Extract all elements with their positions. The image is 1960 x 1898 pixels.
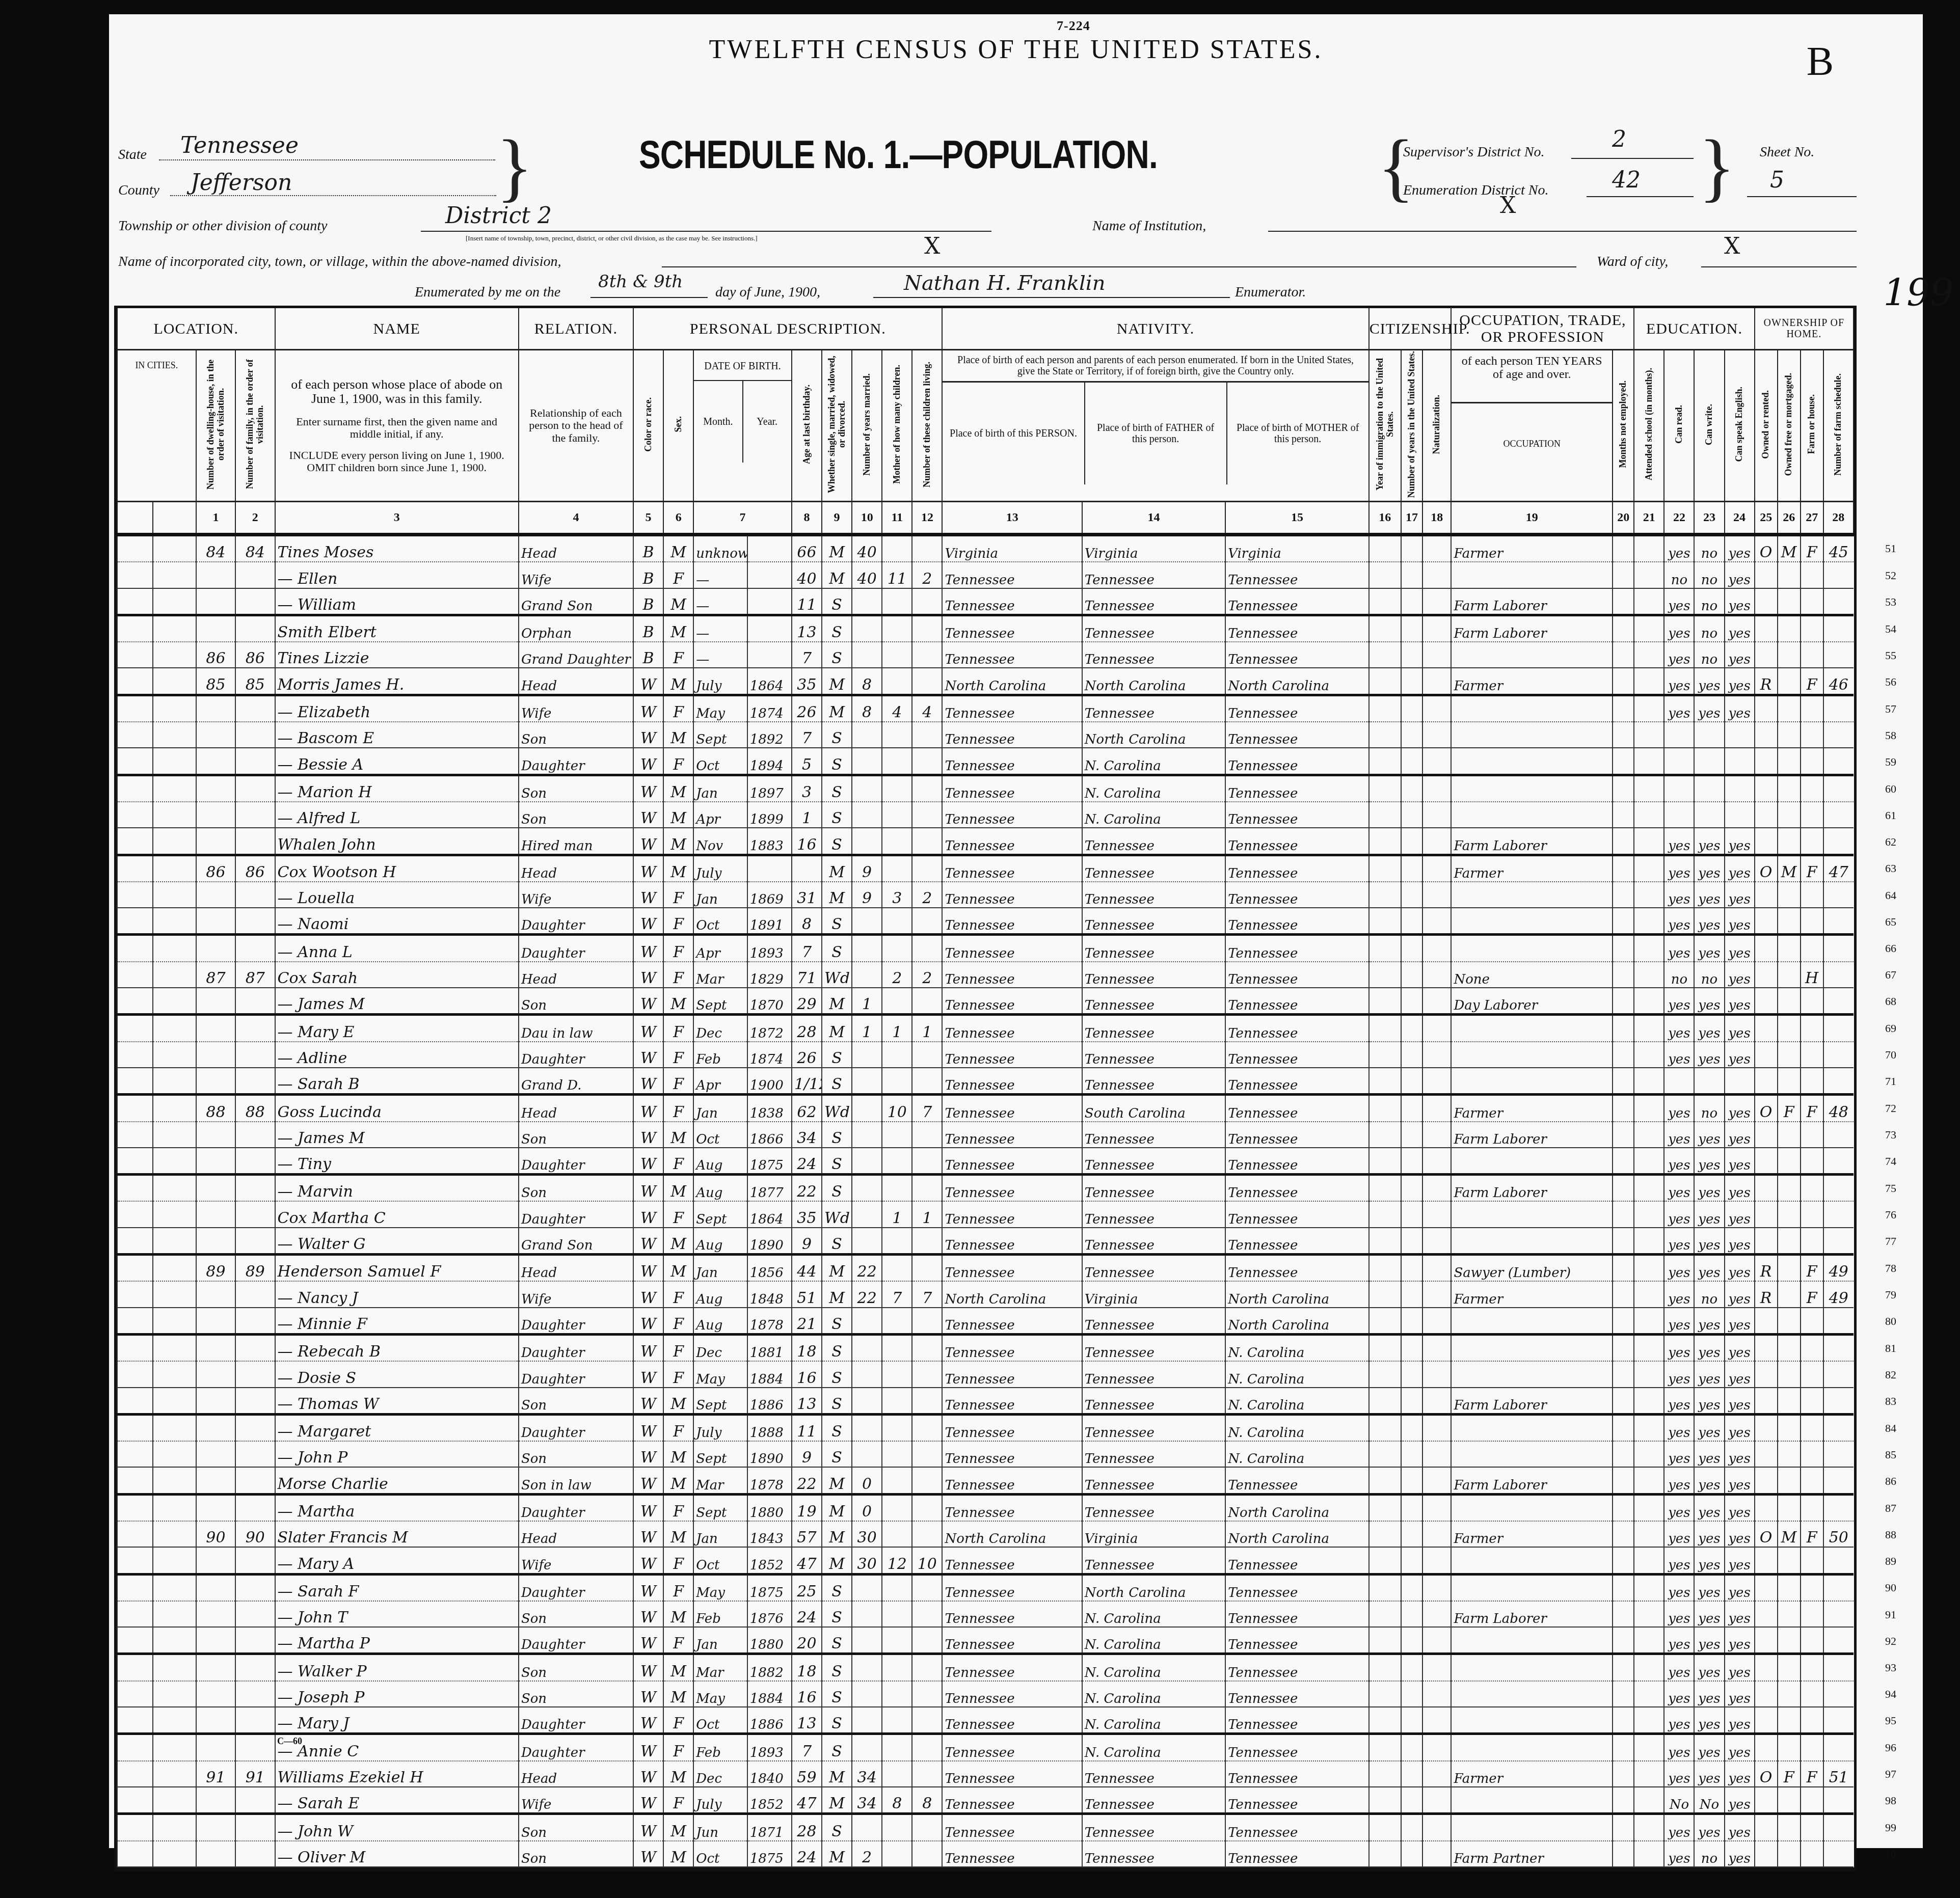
- cell-unemp: [1613, 1361, 1634, 1387]
- cell-street: [117, 1547, 153, 1574]
- cell-living: [912, 1601, 942, 1627]
- cell-yrs-us: [1401, 1148, 1422, 1175]
- cell-mortgage: [1778, 1681, 1801, 1707]
- cell-bp-person: Tennessee: [942, 1681, 1082, 1707]
- cell-english: yes: [1725, 1787, 1755, 1814]
- cell-mortgage: M: [1778, 855, 1801, 882]
- line-number: 75: [1885, 1182, 1896, 1195]
- cell-english: yes: [1725, 1334, 1755, 1361]
- cell-write: yes: [1694, 1467, 1724, 1494]
- cell-relation: Daughter: [519, 935, 633, 962]
- cell-write: yes: [1694, 1122, 1724, 1148]
- cell-color: W: [633, 988, 663, 1015]
- cell-relation: Son: [519, 775, 633, 802]
- cell-farm: [1801, 1414, 1823, 1441]
- ward-value: X: [1724, 233, 1740, 259]
- cell-name: Slater Francis M: [275, 1521, 519, 1547]
- cell-living: [912, 1521, 942, 1547]
- cell-english: yes: [1725, 1494, 1755, 1521]
- cell-occupation: [1451, 1414, 1613, 1441]
- owned-rented-label: Owned or rented.: [1761, 390, 1771, 459]
- cell-bp-person: Tennessee: [942, 562, 1082, 588]
- cell-mother-of: 8: [882, 1787, 912, 1814]
- cell-bp-mother: Tennessee: [1225, 1654, 1368, 1681]
- cell-yrs-us: [1401, 588, 1422, 615]
- cell-write: yes: [1694, 1521, 1724, 1547]
- cell-age: 59: [792, 1761, 822, 1787]
- cell-bp-father: Tennessee: [1082, 1414, 1225, 1441]
- cell-color: W: [633, 1148, 663, 1175]
- cell-name: Williams Ezekiel H: [275, 1761, 519, 1787]
- farm-house-label: Farm or house.: [1807, 394, 1817, 454]
- census-row: Morse CharlieSon in lawWMMar187822M0Tenn…: [117, 1467, 1854, 1494]
- cell-bp-father: Tennessee: [1082, 988, 1225, 1015]
- cell-color: W: [633, 855, 663, 882]
- cell-read: yes: [1664, 535, 1694, 562]
- cell-year: 1886: [747, 1707, 792, 1734]
- cell-house: [153, 882, 196, 908]
- cell-yrs-us: [1401, 1042, 1422, 1068]
- cell-farm: [1801, 1441, 1823, 1467]
- cell-mother-of: [882, 1521, 912, 1547]
- cell-owned: [1755, 695, 1778, 722]
- cell-occupation: Day Laborer: [1451, 988, 1613, 1015]
- cell-age: 7: [792, 1734, 822, 1761]
- family-no-label: Number of family, in the order of visita…: [245, 350, 265, 498]
- cell-sex: M: [663, 1441, 693, 1467]
- cell-mother-of: [882, 1601, 912, 1627]
- cell-family: [235, 1414, 275, 1441]
- cell-immig: [1369, 1441, 1401, 1467]
- cell-farm-no: [1823, 615, 1854, 642]
- attended-school-label: Attended school (in months).: [1644, 368, 1654, 480]
- cell-farm-no: [1823, 1494, 1854, 1521]
- cell-family: [235, 1361, 275, 1387]
- cell-natur: [1422, 1467, 1451, 1494]
- cell-read: yes: [1664, 1361, 1694, 1387]
- attended-school-header: Attended school (in months).: [1634, 350, 1664, 502]
- cell-age: 26: [792, 695, 822, 722]
- cell-sex: F: [663, 1148, 693, 1175]
- cell-read: No: [1664, 1787, 1694, 1814]
- color-label: Color or race.: [643, 397, 654, 452]
- cell-farm: [1801, 1681, 1823, 1707]
- cell-yrs-married: [852, 1601, 882, 1627]
- cell-age: 71: [792, 962, 822, 988]
- cell-bp-person: Tennessee: [942, 1841, 1082, 1867]
- cell-name: — Mary A: [275, 1547, 519, 1574]
- cell-bp-mother: N. Carolina: [1225, 1361, 1368, 1387]
- cell-farm-no: [1823, 1547, 1854, 1574]
- cell-name: — Marion H: [275, 775, 519, 802]
- cell-age: 44: [792, 1255, 822, 1282]
- cell-school: [1634, 695, 1664, 722]
- day-line: [590, 297, 708, 298]
- cell-family: 86: [235, 642, 275, 668]
- cell-street: [117, 908, 153, 935]
- can-read-header: Can read.: [1664, 350, 1694, 502]
- census-row: — John PSonWMSept18909STennesseeTennesse…: [117, 1441, 1854, 1467]
- cell-mortgage: [1778, 1228, 1801, 1255]
- cell-farm: [1801, 1494, 1823, 1521]
- cell-month: May: [693, 1361, 747, 1387]
- cell-age: 13: [792, 1707, 822, 1734]
- cell-color: W: [633, 1521, 663, 1547]
- cell-occupation: [1451, 695, 1613, 722]
- cell-family: 84: [235, 535, 275, 562]
- cell-dwelling: 91: [196, 1761, 235, 1787]
- cell-english: yes: [1725, 1201, 1755, 1227]
- cell-read: yes: [1664, 1467, 1694, 1494]
- cell-english: [1725, 1068, 1755, 1095]
- cell-english: yes: [1725, 908, 1755, 935]
- cell-owned: [1755, 1122, 1778, 1148]
- census-row: — Sarah FDaughterWFMay187525STennesseeNo…: [117, 1574, 1854, 1601]
- cell-mortgage: M: [1778, 535, 1801, 562]
- cell-family: [235, 1148, 275, 1175]
- cell-mother-of: [882, 1627, 912, 1654]
- cell-school: [1634, 1281, 1664, 1307]
- cell-bp-mother: Tennessee: [1225, 588, 1368, 615]
- census-row: — Dosie SDaughterWFMay188416STennesseeTe…: [117, 1361, 1854, 1387]
- cell-unemp: [1613, 1681, 1634, 1707]
- cell-living: [912, 615, 942, 642]
- cell-immig: [1369, 828, 1401, 855]
- cell-month: Sept: [693, 722, 747, 748]
- cell-sex: M: [663, 535, 693, 562]
- cell-yrs-us: [1401, 828, 1422, 855]
- cell-yrs-married: 40: [852, 535, 882, 562]
- cell-age: 26: [792, 1042, 822, 1068]
- cell-unemp: [1613, 1521, 1634, 1547]
- cell-relation: Son in law: [519, 1467, 633, 1494]
- cell-year: 1870: [747, 988, 792, 1015]
- cell-month: May: [693, 1574, 747, 1601]
- cell-age: 35: [792, 1201, 822, 1227]
- cell-color: W: [633, 908, 663, 935]
- line-number: 95: [1885, 1714, 1896, 1727]
- cell-farm: [1801, 1734, 1823, 1761]
- line-number: 83: [1885, 1395, 1896, 1408]
- cell-natur: [1422, 1841, 1451, 1867]
- cell-yrs-married: [852, 1042, 882, 1068]
- cell-unemp: [1613, 748, 1634, 775]
- cell-yrs-married: 8: [852, 695, 882, 722]
- group-nativity: NATIVITY.: [942, 308, 1368, 350]
- cell-age: 19: [792, 1494, 822, 1521]
- cell-unemp: [1613, 1654, 1634, 1681]
- cell-relation: Wife: [519, 1281, 633, 1307]
- cell-owned: [1755, 1308, 1778, 1335]
- cell-immig: [1369, 1574, 1401, 1601]
- cell-bp-mother: North Carolina: [1225, 1494, 1368, 1521]
- cell-unemp: [1613, 1148, 1634, 1175]
- months-unemployed-label: Months not employed.: [1618, 381, 1628, 468]
- cell-bp-mother: Tennessee: [1225, 1547, 1368, 1574]
- cell-marital: M: [822, 1015, 852, 1042]
- cell-name: Goss Lucinda: [275, 1095, 519, 1122]
- cell-school: [1634, 588, 1664, 615]
- cell-occupation: [1451, 1547, 1613, 1574]
- cell-owned: [1755, 615, 1778, 642]
- cell-mother-of: 7: [882, 1281, 912, 1307]
- cell-school: [1634, 775, 1664, 802]
- cell-bp-person: Tennessee: [942, 1228, 1082, 1255]
- cell-house: [153, 1281, 196, 1307]
- line-number: 98: [1885, 1794, 1896, 1807]
- year-label: Year.: [743, 416, 791, 427]
- cell-year: 1899: [747, 802, 792, 828]
- line-number: 65: [1885, 915, 1896, 929]
- cell-name: — Mary E: [275, 1015, 519, 1042]
- cell-living: 1: [912, 1015, 942, 1042]
- cell-bp-mother: Tennessee: [1225, 908, 1368, 935]
- column-number: 12: [912, 502, 942, 535]
- cell-year: 1890: [747, 1228, 792, 1255]
- cell-color: W: [633, 1308, 663, 1335]
- cell-natur: [1422, 1627, 1451, 1654]
- cell-owned: R: [1755, 668, 1778, 695]
- cell-marital: S: [822, 1654, 852, 1681]
- cell-yrs-married: [852, 962, 882, 988]
- cell-yrs-us: [1401, 1467, 1422, 1494]
- cell-dwelling: [196, 1441, 235, 1467]
- cell-owned: [1755, 1654, 1778, 1681]
- nativity-desc: Place of birth of each person and parent…: [943, 350, 1368, 383]
- cell-mortgage: [1778, 668, 1801, 695]
- cell-bp-mother: Tennessee: [1225, 828, 1368, 855]
- cell-farm: [1801, 748, 1823, 775]
- cell-yrs-married: [852, 1361, 882, 1387]
- cell-sex: F: [663, 748, 693, 775]
- cell-age: 3: [792, 775, 822, 802]
- cell-street: [117, 1574, 153, 1601]
- cell-dwelling: [196, 1388, 235, 1415]
- children-living-header: Number of these children living.: [912, 350, 942, 502]
- cell-dwelling: [196, 988, 235, 1015]
- cell-occupation: Farm Laborer: [1451, 1601, 1613, 1627]
- cell-read: yes: [1664, 588, 1694, 615]
- census-row: — John WSonWMJun187128STennesseeTennesse…: [117, 1814, 1854, 1841]
- cell-occupation: [1451, 748, 1613, 775]
- cell-dwelling: [196, 1467, 235, 1494]
- cell-street: [117, 1361, 153, 1387]
- cell-sex: F: [663, 1547, 693, 1574]
- cell-english: yes: [1725, 1228, 1755, 1255]
- occupation-header: of each person TEN YEARS of age and over…: [1451, 350, 1613, 502]
- cell-house: [153, 1707, 196, 1734]
- cell-mortgage: [1778, 1015, 1801, 1042]
- cell-relation: Daughter: [519, 1734, 633, 1761]
- cell-living: [912, 988, 942, 1015]
- cell-farm: [1801, 1601, 1823, 1627]
- cell-yrs-married: [852, 1095, 882, 1122]
- cell-marital: S: [822, 642, 852, 668]
- cell-school: [1634, 1494, 1664, 1521]
- cell-month: July: [693, 855, 747, 882]
- column-number: 11: [882, 502, 912, 535]
- cell-name: — Minnie F: [275, 1308, 519, 1335]
- cell-age: 11: [792, 588, 822, 615]
- cell-mother-of: [882, 1441, 912, 1467]
- line-number: 56: [1885, 675, 1896, 689]
- cell-english: yes: [1725, 668, 1755, 695]
- cell-write: yes: [1694, 1441, 1724, 1467]
- cell-family: 85: [235, 668, 275, 695]
- cell-occupation: [1451, 562, 1613, 588]
- cell-living: [912, 1334, 942, 1361]
- cell-relation: Son: [519, 1841, 633, 1867]
- cell-yrs-married: 2: [852, 1841, 882, 1867]
- cell-farm: [1801, 1122, 1823, 1148]
- cell-english: [1725, 748, 1755, 775]
- cell-farm: [1801, 988, 1823, 1015]
- cell-color: W: [633, 1787, 663, 1814]
- cell-unemp: [1613, 642, 1634, 668]
- cell-yrs-us: [1401, 748, 1422, 775]
- cell-name: Tines Moses: [275, 535, 519, 562]
- cell-year: 1884: [747, 1681, 792, 1707]
- cell-occupation: [1451, 1707, 1613, 1734]
- cell-living: [912, 1361, 942, 1387]
- cell-occupation: [1451, 1308, 1613, 1335]
- cell-bp-person: Tennessee: [942, 1388, 1082, 1415]
- cell-mother-of: [882, 1122, 912, 1148]
- cell-farm: [1801, 1841, 1823, 1867]
- cell-relation: Daughter: [519, 748, 633, 775]
- cell-living: [912, 802, 942, 828]
- cell-mother-of: 11: [882, 562, 912, 588]
- cell-mortgage: [1778, 1361, 1801, 1387]
- cell-read: yes: [1664, 1308, 1694, 1335]
- cell-write: no: [1694, 1095, 1724, 1122]
- cell-unemp: [1613, 1734, 1634, 1761]
- cell-immig: [1369, 668, 1401, 695]
- enumerated-suffix: Enumerator.: [1235, 284, 1306, 301]
- cell-school: [1634, 562, 1664, 588]
- cell-year: 1874: [747, 1042, 792, 1068]
- line-number: 78: [1885, 1262, 1896, 1275]
- cell-age: 7: [792, 935, 822, 962]
- cell-marital: Wd: [822, 1095, 852, 1122]
- cell-bp-person: Tennessee: [942, 828, 1082, 855]
- cell-yrs-us: [1401, 1122, 1422, 1148]
- cell-dwelling: [196, 1122, 235, 1148]
- cell-sex: F: [663, 908, 693, 935]
- cell-unemp: [1613, 1068, 1634, 1095]
- census-row: — Sarah BGrand D.WFApr19001/12STennessee…: [117, 1068, 1854, 1095]
- cell-yrs-married: [852, 775, 882, 802]
- can-speak-english-header: Can speak English.: [1725, 350, 1755, 502]
- cell-relation: Head: [519, 855, 633, 882]
- column-number: 5: [633, 502, 663, 535]
- cell-bp-mother: Tennessee: [1225, 1467, 1368, 1494]
- immigration-year-header: Year of immigration to the United States…: [1369, 350, 1401, 502]
- cell-natur: [1422, 1308, 1451, 1335]
- cell-house: [153, 802, 196, 828]
- cell-sex: F: [663, 1068, 693, 1095]
- cell-read: yes: [1664, 1175, 1694, 1202]
- cell-write: yes: [1694, 1681, 1724, 1707]
- cell-owned: [1755, 1414, 1778, 1441]
- cell-write: yes: [1694, 1654, 1724, 1681]
- cell-dwelling: [196, 1654, 235, 1681]
- cell-color: W: [633, 1414, 663, 1441]
- cell-yrs-us: [1401, 1201, 1422, 1227]
- cell-occupation: Farm Laborer: [1451, 1122, 1613, 1148]
- cell-write: no: [1694, 615, 1724, 642]
- cell-natur: [1422, 722, 1451, 748]
- cell-mother-of: [882, 588, 912, 615]
- cell-color: W: [633, 748, 663, 775]
- cell-mother-of: [882, 1707, 912, 1734]
- cell-owned: [1755, 1574, 1778, 1601]
- cell-unemp: [1613, 1761, 1634, 1787]
- cell-english: yes: [1725, 1308, 1755, 1335]
- census-row: — NaomiDaughterWFOct18918STennesseeTenne…: [117, 908, 1854, 935]
- cell-living: [912, 642, 942, 668]
- cell-dwelling: [196, 1574, 235, 1601]
- cell-immig: [1369, 1627, 1401, 1654]
- census-row: — MargaretDaughterWFJuly188811STennessee…: [117, 1414, 1854, 1441]
- bracket-right-2: }: [1699, 129, 1735, 205]
- cell-house: [153, 695, 196, 722]
- enumerator-line: [873, 297, 1230, 298]
- cell-read: yes: [1664, 1627, 1694, 1654]
- cell-bp-mother: Tennessee: [1225, 855, 1368, 882]
- cell-year: 1829: [747, 962, 792, 988]
- cell-immig: [1369, 1175, 1401, 1202]
- cell-age: 25: [792, 1574, 822, 1601]
- cell-school: [1634, 962, 1664, 988]
- cell-month: Sept: [693, 1494, 747, 1521]
- cell-sex: M: [663, 855, 693, 882]
- cell-farm-no: [1823, 695, 1854, 722]
- cell-yrs-married: 1: [852, 1015, 882, 1042]
- cell-english: yes: [1725, 1042, 1755, 1068]
- cell-occupation: [1451, 1654, 1613, 1681]
- cell-mortgage: [1778, 1388, 1801, 1415]
- cell-farm: F: [1801, 535, 1823, 562]
- cell-natur: [1422, 1494, 1451, 1521]
- cell-street: [117, 882, 153, 908]
- cell-dwelling: [196, 1201, 235, 1227]
- sheet-no-label: Sheet No.: [1760, 144, 1814, 160]
- cell-farm-no: [1823, 1068, 1854, 1095]
- cell-immig: [1369, 1494, 1401, 1521]
- cell-farm: F: [1801, 1521, 1823, 1547]
- cell-relation: Head: [519, 1521, 633, 1547]
- line-number: 100: [1885, 1848, 1902, 1861]
- farm-schedule-label: Number of farm schedule.: [1833, 373, 1843, 476]
- cell-write: no: [1694, 642, 1724, 668]
- cell-street: [117, 615, 153, 642]
- cell-dwelling: [196, 775, 235, 802]
- cell-school: [1634, 1627, 1664, 1654]
- cell-bp-father: Tennessee: [1082, 1255, 1225, 1282]
- cell-yrs-us: [1401, 1095, 1422, 1122]
- cell-house: [153, 588, 196, 615]
- cell-read: yes: [1664, 1734, 1694, 1761]
- census-row: 8888Goss LucindaHeadWFJan183862Wd107Tenn…: [117, 1095, 1854, 1122]
- cell-bp-father: Tennessee: [1082, 1361, 1225, 1387]
- cell-bp-person: Tennessee: [942, 1015, 1082, 1042]
- cell-bp-person: Tennessee: [942, 802, 1082, 828]
- cell-living: [912, 1681, 942, 1707]
- cell-read: yes: [1664, 1574, 1694, 1601]
- birth-mother-label: Place of birth of MOTHER of this person.: [1227, 383, 1368, 484]
- cell-farm-no: [1823, 1467, 1854, 1494]
